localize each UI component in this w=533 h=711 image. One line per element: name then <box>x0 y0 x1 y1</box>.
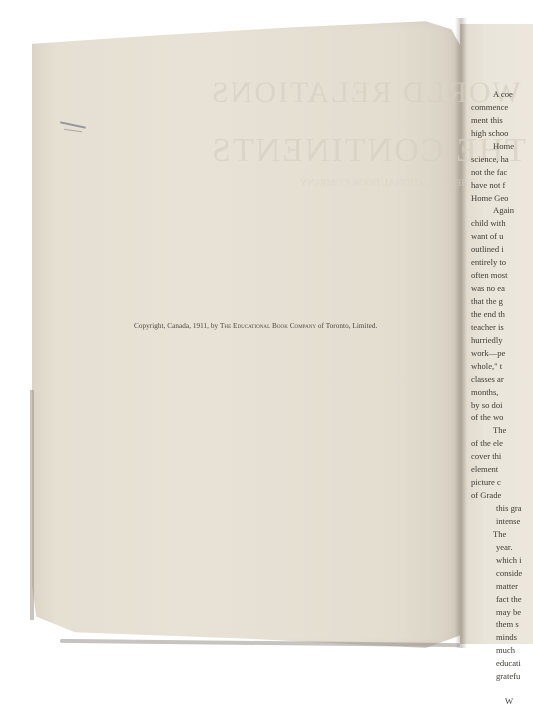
text-line: whole," t <box>471 360 533 373</box>
left-page <box>32 20 460 648</box>
text-line: science, ha <box>471 153 533 166</box>
text-line: Home Geo <box>471 192 533 205</box>
text-line: Home <box>483 140 533 153</box>
text-line: The <box>483 424 533 437</box>
text-line: commence <box>471 101 533 114</box>
book-photo: WORLD RELATIONS THE CONTINENTS THE EDUCA… <box>0 0 533 711</box>
text-line: have not f <box>471 179 533 192</box>
text-line: year. <box>483 541 533 554</box>
text-line: educati <box>483 657 533 670</box>
text-line: of the ele <box>471 437 533 450</box>
show-through-small-line: THE EDUCATIONAL BOOK COMPANY <box>300 178 475 189</box>
text-line: conside <box>483 567 533 580</box>
text-line: matter <box>483 580 533 593</box>
text-line: of the wo <box>471 411 533 424</box>
text-line: was no ea <box>471 282 533 295</box>
copyright-prefix: Copyright, Canada, 1911, by <box>134 322 220 330</box>
copyright-notice: Copyright, Canada, 1911, by The Educatio… <box>134 322 424 330</box>
text-line: outlined i <box>471 243 533 256</box>
text-line: entirely to <box>471 256 533 269</box>
text-line: work—pe <box>471 347 533 360</box>
signature-fragment: W <box>483 695 533 708</box>
right-page-text: A coecommencement thishigh schooHomescie… <box>483 88 533 708</box>
page-stack-edge <box>30 390 34 620</box>
text-line: Again <box>483 204 533 217</box>
text-line: often most <box>471 269 533 282</box>
text-line: classes ar <box>471 373 533 386</box>
text-line: which i <box>483 554 533 567</box>
text-line: picture c <box>471 476 533 489</box>
text-line: The <box>483 528 533 541</box>
text-line: hurriedly <box>471 334 533 347</box>
publisher-name: The Educational Book Company <box>220 322 316 330</box>
text-line: this gra <box>483 502 533 515</box>
text-line: intense <box>483 515 533 528</box>
text-line: the end th <box>471 308 533 321</box>
book-gutter <box>455 18 467 648</box>
text-line: minds <box>483 631 533 644</box>
text-line: of Grade <box>471 489 533 502</box>
copyright-suffix: of Toronto, Limited. <box>316 322 377 330</box>
text-line: want of u <box>471 230 533 243</box>
text-line: A coe <box>483 88 533 101</box>
text-line: ment this <box>471 114 533 127</box>
text-line: much <box>483 644 533 657</box>
text-line: not the fac <box>471 166 533 179</box>
text-line: teacher is <box>471 321 533 334</box>
text-line: element <box>471 463 533 476</box>
text-line: may be <box>483 606 533 619</box>
text-line: child with <box>471 217 533 230</box>
text-line: cover thi <box>471 450 533 463</box>
text-line: months, <box>471 386 533 399</box>
text-line: fact the <box>483 593 533 606</box>
text-line: high schoo <box>471 127 533 140</box>
text-line: by so doi <box>471 399 533 412</box>
text-line: gratefu <box>483 670 533 683</box>
text-line: them s <box>483 618 533 631</box>
text-line: that the g <box>471 295 533 308</box>
